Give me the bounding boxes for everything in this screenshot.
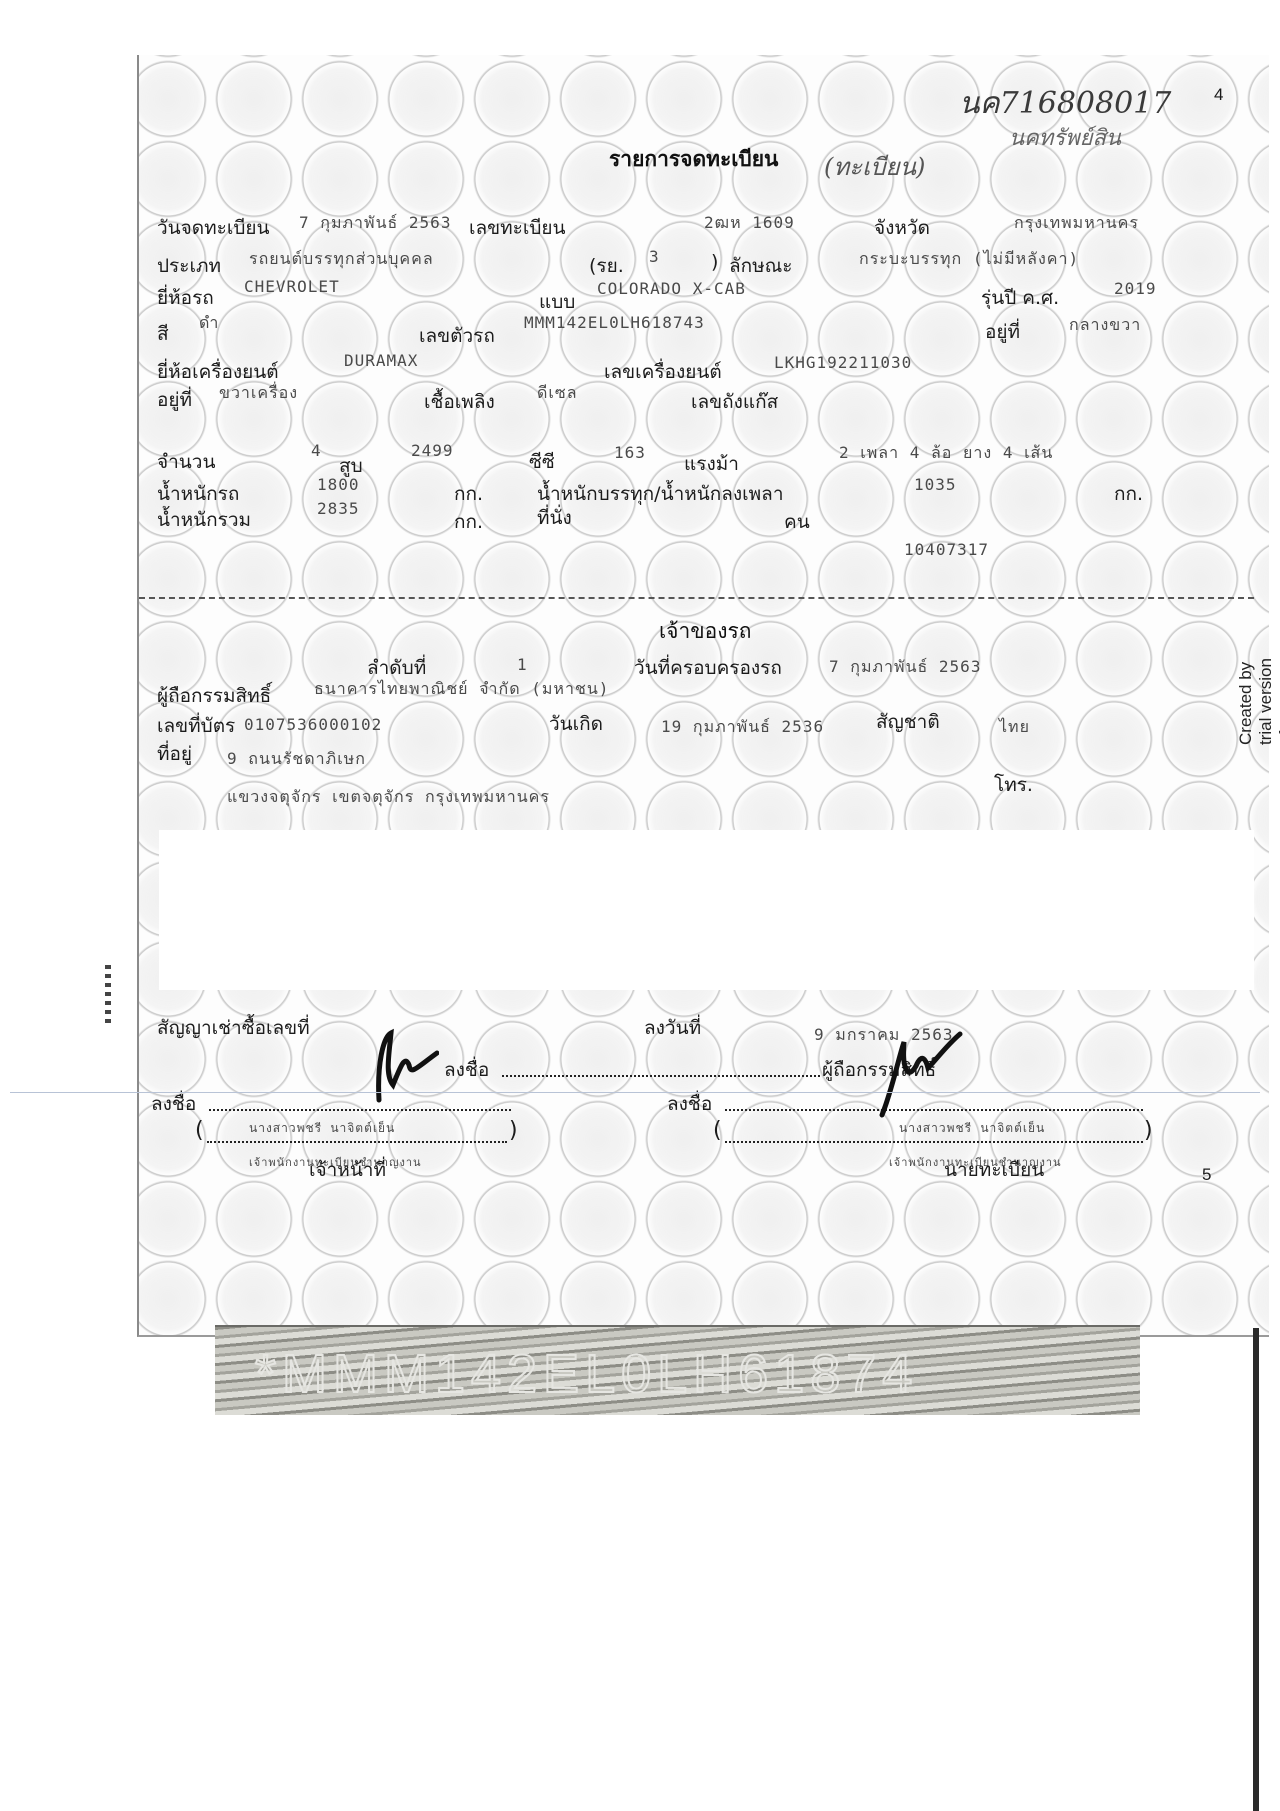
engine-number-value: LKHG192211030 — [774, 353, 912, 372]
province-label: จังหวัด — [874, 213, 930, 243]
hp-value: 163 — [614, 443, 646, 462]
address-label: ที่อยู่ — [157, 739, 192, 769]
dob-value: 19 กุมภาพันธ์ 2536 — [661, 715, 824, 740]
contract-date-label: ลงวันที่ — [644, 1013, 701, 1043]
registrar-sign-label: ลงชื่อ — [667, 1089, 712, 1119]
page-edge-bar — [1253, 1328, 1259, 1811]
engine-location-label: อยู่ที่ — [157, 385, 192, 415]
year-value: 2019 — [1114, 279, 1157, 298]
handwritten-note: นคทรัพย์สิน — [1009, 120, 1121, 155]
holder-sign-line — [502, 1075, 820, 1077]
chassis-label: เลขตัวรถ — [419, 321, 495, 351]
scan-artifact — [105, 965, 111, 1025]
registrar-name: นางสาวพชรี นาจิตต์เย็น — [899, 1119, 1045, 1138]
persons-label: คน — [784, 507, 810, 537]
engine-location-value: ขวาเครื่อง — [219, 381, 298, 406]
engine-number-label: เลขเครื่องยนต์ — [604, 357, 722, 387]
chassis-value: MMM142EL0LH618743 — [524, 313, 705, 332]
possession-date-label: วันที่ครอบครองรถ — [634, 653, 782, 683]
brand-value: CHEVROLET — [244, 277, 340, 296]
load-label: น้ำหนักบรรทุก/น้ำหนักลงเพลา — [537, 479, 784, 509]
axles-value: 2 เพลา 4 ล้อ ยาง 4 เส้น — [839, 441, 1053, 466]
possession-date-value: 7 กุมภาพันธ์ 2563 — [829, 655, 981, 680]
weight-unit: กก. — [454, 479, 483, 509]
count-label: จำนวน — [157, 447, 215, 477]
officer-role: เจ้าหน้าที่ — [309, 1155, 386, 1185]
chassis-location-value: กลางขวา — [1069, 313, 1141, 338]
load-unit: กก. — [1114, 479, 1143, 509]
cc-label: ซีซี — [529, 447, 555, 477]
chassis-location-label: อยู่ที่ — [985, 317, 1020, 347]
watermark-text: Created by trial version of DocuFreezer — [1236, 647, 1280, 745]
gross-weight-value: 2835 — [317, 499, 360, 518]
engine-brand-value: DURAMAX — [344, 351, 418, 370]
registrar-paren-open: ( — [713, 1118, 722, 1143]
registrar-paren-close: ) — [1144, 1118, 1153, 1143]
model-value: COLORADO X-CAB — [597, 279, 746, 298]
color-value: ดำ — [199, 311, 219, 336]
page-number-top: 4 — [1214, 85, 1223, 105]
gas-tank-label: เลขถังแก๊ส — [691, 387, 778, 417]
contract-label: สัญญาเช่าซื้อเลขที่ — [157, 1013, 310, 1043]
plate-value: 2ฒห 1609 — [704, 211, 795, 236]
hp-label: แรงม้า — [684, 449, 739, 479]
holder-sign-label: ลงชื่อ — [444, 1055, 489, 1085]
address-line1: 9 ถนนรัชดาภิเษก — [227, 747, 366, 772]
vin-plate-text: *MMM142EL0LH61874 — [255, 1343, 918, 1405]
type-value: รถยนต์บรรทุกส่วนบุคคล — [249, 247, 434, 272]
style-label: ลักษณะ — [729, 251, 793, 281]
registrar-name-line — [725, 1141, 1143, 1143]
color-label: สี — [157, 319, 169, 349]
section-divider — [139, 597, 1254, 599]
seats-label: ที่นั่ง — [537, 503, 572, 533]
page-number-bottom: 5 — [1202, 1165, 1211, 1185]
address-line2: แขวงจตุจักร เขตจตุจักร กรุงเทพมหานคร — [227, 785, 550, 810]
signature-right-icon — [874, 1030, 964, 1120]
province-value: กรุงเทพมหานคร — [1014, 211, 1139, 236]
vin-plate-rubbing: *MMM142EL0LH61874 — [215, 1325, 1140, 1415]
reg-date-label: วันจดทะเบียน — [157, 213, 270, 243]
cc-value: 2499 — [411, 441, 454, 460]
gross-weight-unit: กก. — [454, 507, 483, 537]
plate-label: เลขทะเบียน — [469, 213, 566, 243]
officer-sign-line — [209, 1109, 511, 1111]
load-value: 1035 — [914, 475, 957, 494]
officer-sign-label: ลงชื่อ — [151, 1089, 196, 1119]
style-value: กระบะบรรทุก (ไม่มีหลังคา) — [859, 247, 1079, 272]
sequence-value: 1 — [517, 655, 528, 674]
ry-close: ) — [711, 251, 718, 273]
fuel-value: ดีเซล — [537, 381, 578, 406]
officer-paren-open: ( — [195, 1118, 204, 1143]
owner-title: เจ้าของรถ — [659, 615, 752, 648]
registrar-role: นายทะเบียน — [944, 1155, 1044, 1185]
signature-left-icon — [349, 1025, 439, 1105]
handwritten-title-note: (ทะเบียน) — [824, 147, 925, 186]
nationality-label: สัญชาติ — [876, 707, 940, 737]
scan-line — [10, 1092, 1260, 1093]
dob-label: วันเกิด — [549, 709, 603, 739]
gross-weight-label: น้ำหนักรวม — [157, 505, 251, 535]
year-label: รุ่นปี ค.ศ. — [981, 283, 1059, 313]
ry-label: (รย. — [589, 251, 624, 281]
reg-date-value: 7 กุมภาพันธ์ 2563 — [299, 211, 451, 236]
blank-area — [159, 830, 1254, 990]
phone-label: โทร. — [994, 770, 1033, 800]
type-label: ประเภท — [157, 251, 221, 281]
registration-title: รายการจดทะเบียน — [609, 143, 778, 176]
id-value: 0107536000102 — [244, 715, 382, 734]
holder-label: ผู้ถือกรรมสิทธิ์ — [157, 681, 271, 711]
registration-page: นค716808017 นคทรัพย์สิน 4 รายการจดทะเบีย… — [137, 55, 1269, 1337]
ry-value: 3 — [649, 247, 660, 266]
officer-paren-close: ) — [509, 1118, 518, 1143]
reference-number: 10407317 — [904, 540, 989, 559]
brand-label: ยี่ห้อรถ — [157, 283, 214, 313]
fuel-label: เชื้อเพลิง — [424, 387, 495, 417]
id-label: เลขที่บัตร — [157, 711, 235, 741]
nationality-value: ไทย — [999, 715, 1030, 740]
weight-value: 1800 — [317, 475, 360, 494]
holder-value: ธนาคารไทยพาณิชย์ จำกัด (มหาชน) — [314, 677, 609, 702]
officer-name: นางสาวพชรี นาจิตต์เย็น — [249, 1119, 395, 1138]
count-value: 4 — [311, 441, 322, 460]
officer-name-line — [207, 1141, 507, 1143]
